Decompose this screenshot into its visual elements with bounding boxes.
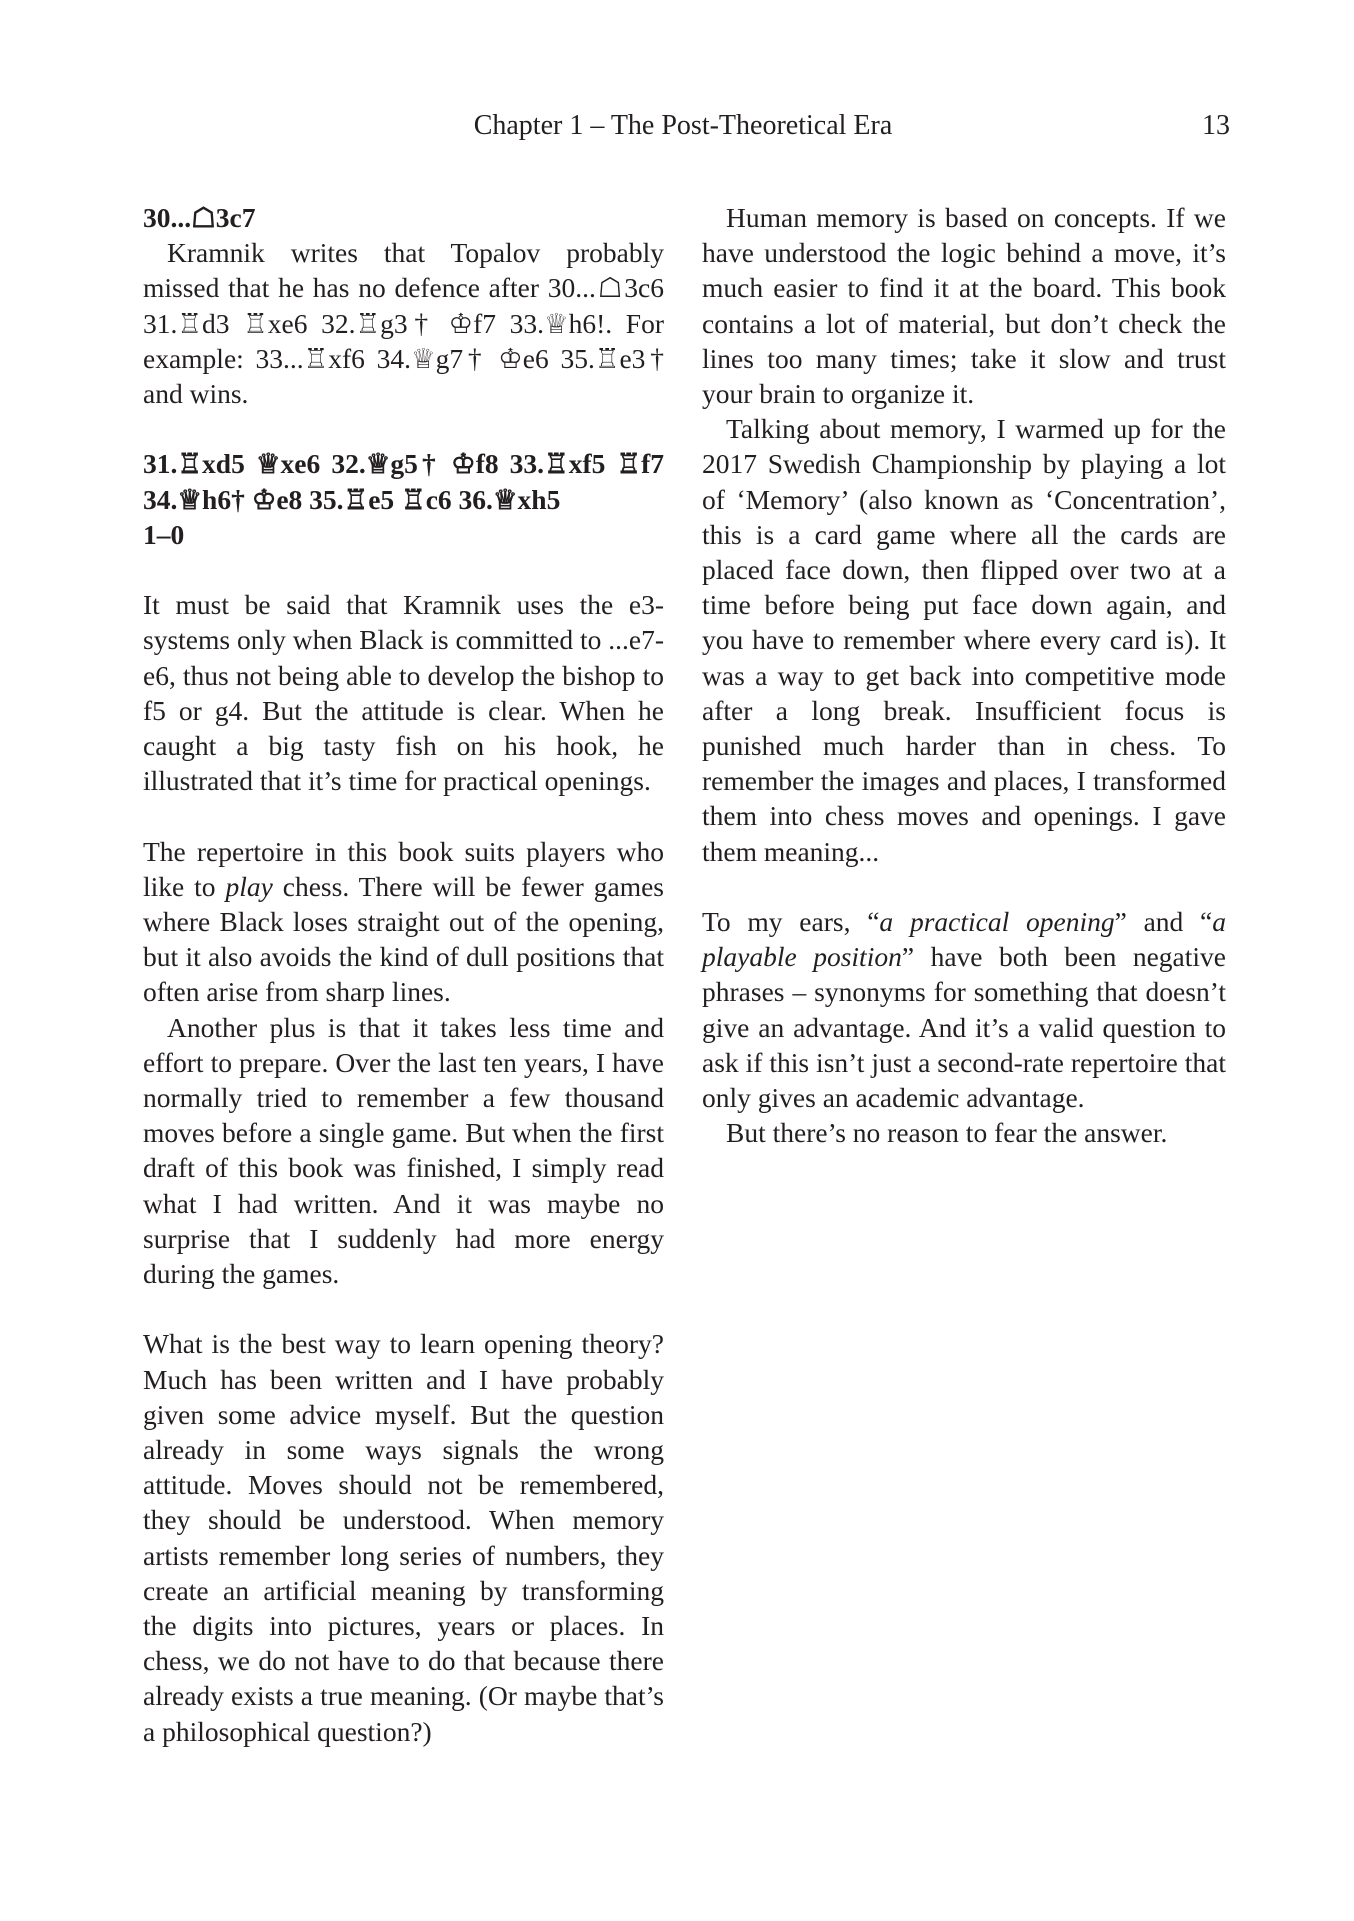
running-head: Chapter 1 – The Post-Theoretical Era 13 (0, 106, 1354, 146)
paragraph-talking-memory: Talking about memory, I warmed up for th… (702, 411, 1226, 869)
paragraph-no-reason: But there’s no reason to fear the answer… (702, 1115, 1226, 1150)
paragraph-repertoire: The repertoire in this book suits player… (143, 834, 664, 1010)
page-number: 13 (1190, 106, 1230, 146)
spacer (143, 1291, 664, 1326)
chapter-title: Chapter 1 – The Post-Theoretical Era (462, 106, 904, 146)
paragraph-e3-systems: It must be said that Kramnik uses the e3… (143, 587, 664, 798)
paragraph-kramnik-writes: Kramnik writes that Topalov probably mis… (143, 235, 664, 411)
game-result: 1–0 (143, 517, 664, 552)
right-column: Human memory is based on concepts. If we… (702, 200, 1226, 1150)
paragraph-my-ears: To my ears, “a practical opening” and “a… (702, 904, 1226, 1115)
left-column: 30...☖3c7 Kramnik writes that Topalov pr… (143, 200, 664, 1749)
paragraph-best-way: What is the best way to learn opening th… (143, 1326, 664, 1748)
spacer (143, 552, 664, 587)
game-moves-line-2: 34.♕h6† ♔e8 35.♖e5 ♖c6 36.♕xh5 (143, 482, 664, 517)
game-moves-line-1: 31.♖xd5 ♕xe6 32.♕g5† ♔f8 33.♖xf5 ♖f7 (143, 446, 664, 481)
emphasis-play: play (225, 871, 272, 902)
book-page: Chapter 1 – The Post-Theoretical Era 13 … (0, 0, 1354, 1921)
move-heading: 30...☖3c7 (143, 200, 664, 235)
spacer (143, 798, 664, 833)
paragraph-human-memory: Human memory is based on concepts. If we… (702, 200, 1226, 411)
emphasis-practical-opening: a practical opening (879, 906, 1114, 937)
spacer (143, 411, 664, 446)
paragraph-another-plus: Another plus is that it takes less time … (143, 1010, 664, 1292)
spacer (702, 869, 1226, 904)
